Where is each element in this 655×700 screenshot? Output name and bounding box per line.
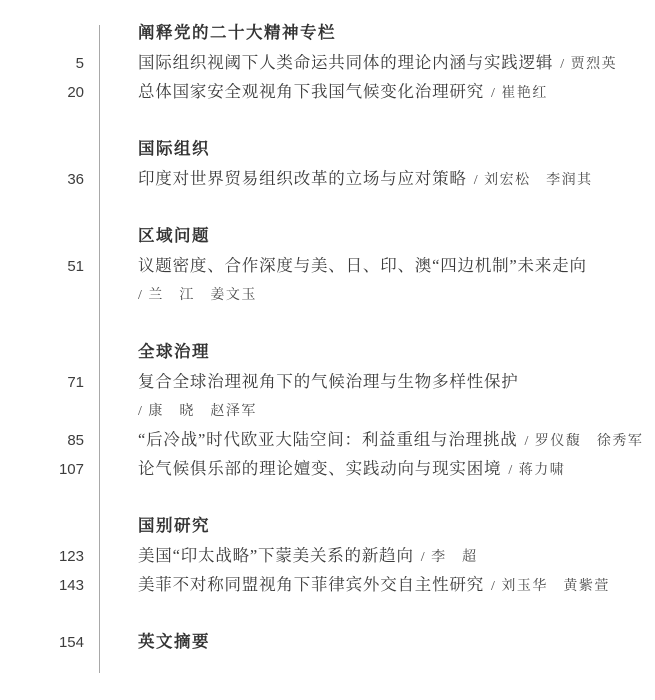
article-authors: / 崔艳红 xyxy=(491,86,548,101)
row-body: 阐释党的二十大精神专栏 xyxy=(84,19,336,48)
row-body: / 兰 江 姜文玉 xyxy=(84,280,257,310)
article-authors: / 刘宏松 李润其 xyxy=(474,173,593,188)
section-heading: 区域问题 xyxy=(138,227,210,245)
page-number: 20 xyxy=(0,78,84,107)
row-body: 国别研究 xyxy=(84,512,210,541)
toc-item-row: 85“后冷战”时代欧亚大陆空间：利益重组与治理挑战/ 罗仪馥 徐秀军 xyxy=(0,425,655,454)
section-heading: 全球治理 xyxy=(138,343,210,361)
toc-item-row: 51议题密度、合作深度与美、日、印、澳“四边机制”未来走向 xyxy=(0,251,655,280)
row-body: 国际组织 xyxy=(84,135,210,164)
row-body: 国际组织视阈下人类命运共同体的理论内涵与实践逻辑/ 贾烈英 xyxy=(84,48,617,79)
row-body: 美菲不对称同盟视角下菲律宾外交自主性研究/ 刘玉华 黄紫萱 xyxy=(84,570,610,601)
toc-item-row: 143美菲不对称同盟视角下菲律宾外交自主性研究/ 刘玉华 黄紫萱 xyxy=(0,570,655,599)
toc-item-row: 154英文摘要 xyxy=(0,628,655,657)
toc-item-row: 123美国“印太战略”下蒙美关系的新趋向/ 李 超 xyxy=(0,541,655,570)
section-heading-row: 阐释党的二十大精神专栏 xyxy=(0,19,655,48)
row-body: 全球治理 xyxy=(84,338,210,367)
row-body: “后冷战”时代欧亚大陆空间：利益重组与治理挑战/ 罗仪馥 徐秀军 xyxy=(84,425,643,456)
row-body: 总体国家安全观视角下我国气候变化治理研究/ 崔艳红 xyxy=(84,77,548,108)
section-heading-row: 区域问题 xyxy=(0,222,655,251)
page-number: 51 xyxy=(0,252,84,281)
article-title: 印度对世界贸易组织改革的立场与应对策略 xyxy=(138,169,467,188)
row-body: 英文摘要 xyxy=(84,628,210,657)
article-authors: / 刘玉华 黄紫萱 xyxy=(491,579,610,594)
article-title: 美菲不对称同盟视角下菲律宾外交自主性研究 xyxy=(138,575,484,594)
row-body: 印度对世界贸易组织改革的立场与应对策略/ 刘宏松 李润其 xyxy=(84,164,593,195)
article-authors: / 贾烈英 xyxy=(560,57,617,72)
toc-item-row: 5国际组织视阈下人类命运共同体的理论内涵与实践逻辑/ 贾烈英 xyxy=(0,48,655,77)
toc-item-row: 20总体国家安全观视角下我国气候变化治理研究/ 崔艳红 xyxy=(0,77,655,106)
article-title: 总体国家安全观视角下我国气候变化治理研究 xyxy=(138,82,484,101)
section-heading: 阐释党的二十大精神专栏 xyxy=(138,24,336,42)
article-title: “后冷战”时代欧亚大陆空间：利益重组与治理挑战 xyxy=(138,430,518,449)
toc-item-authors-row: / 兰 江 姜文玉 xyxy=(0,280,655,309)
page-number: 5 xyxy=(0,49,84,78)
toc-item-row: 71复合全球治理视角下的气候治理与生物多样性保护 xyxy=(0,367,655,396)
article-title: 美国“印太战略”下蒙美关系的新趋向 xyxy=(138,546,414,565)
row-body: 美国“印太战略”下蒙美关系的新趋向/ 李 超 xyxy=(84,541,478,572)
article-authors: / 罗仪馥 徐秀军 xyxy=(525,434,644,449)
article-title: 复合全球治理视角下的气候治理与生物多样性保护 xyxy=(138,372,519,391)
page-number: 123 xyxy=(0,542,84,571)
toc-item-authors-row: / 康 晓 赵泽军 xyxy=(0,396,655,425)
row-body: / 康 晓 赵泽军 xyxy=(84,396,257,426)
toc-item-row: 107论气候俱乐部的理论嬗变、实践动向与现实困境/ 蒋力啸 xyxy=(0,454,655,483)
section-heading-row: 国际组织 xyxy=(0,135,655,164)
toc-list: 阐释党的二十大精神专栏5国际组织视阈下人类命运共同体的理论内涵与实践逻辑/ 贾烈… xyxy=(0,19,655,657)
row-body: 复合全球治理视角下的气候治理与生物多样性保护 xyxy=(84,367,519,397)
journal-toc-page: 阐释党的二十大精神专栏5国际组织视阈下人类命运共同体的理论内涵与实践逻辑/ 贾烈… xyxy=(0,0,655,700)
row-body: 议题密度、合作深度与美、日、印、澳“四边机制”未来走向 xyxy=(84,251,587,281)
section-heading: 国别研究 xyxy=(138,517,210,535)
section-heading-row: 全球治理 xyxy=(0,338,655,367)
article-authors: / 康 晓 赵泽军 xyxy=(138,404,257,419)
page-number: 85 xyxy=(0,426,84,455)
page-number: 154 xyxy=(0,628,84,657)
section-heading-row: 国别研究 xyxy=(0,512,655,541)
article-authors: / 蒋力啸 xyxy=(508,463,565,478)
article-authors: / 兰 江 姜文玉 xyxy=(138,288,257,303)
page-number: 71 xyxy=(0,368,84,397)
article-title: 论气候俱乐部的理论嬗变、实践动向与现实困境 xyxy=(138,459,501,478)
article-authors: / 李 超 xyxy=(421,550,478,565)
article-title: 国际组织视阈下人类命运共同体的理论内涵与实践逻辑 xyxy=(138,53,553,72)
article-title: 英文摘要 xyxy=(138,633,210,651)
section-heading: 国际组织 xyxy=(138,140,210,158)
toc-item-row: 36印度对世界贸易组织改革的立场与应对策略/ 刘宏松 李润其 xyxy=(0,164,655,193)
page-number: 143 xyxy=(0,571,84,600)
page-number: 107 xyxy=(0,455,84,484)
page-number: 36 xyxy=(0,165,84,194)
row-body: 区域问题 xyxy=(84,222,210,251)
row-body: 论气候俱乐部的理论嬗变、实践动向与现实困境/ 蒋力啸 xyxy=(84,454,565,485)
article-title: 议题密度、合作深度与美、日、印、澳“四边机制”未来走向 xyxy=(138,256,587,275)
